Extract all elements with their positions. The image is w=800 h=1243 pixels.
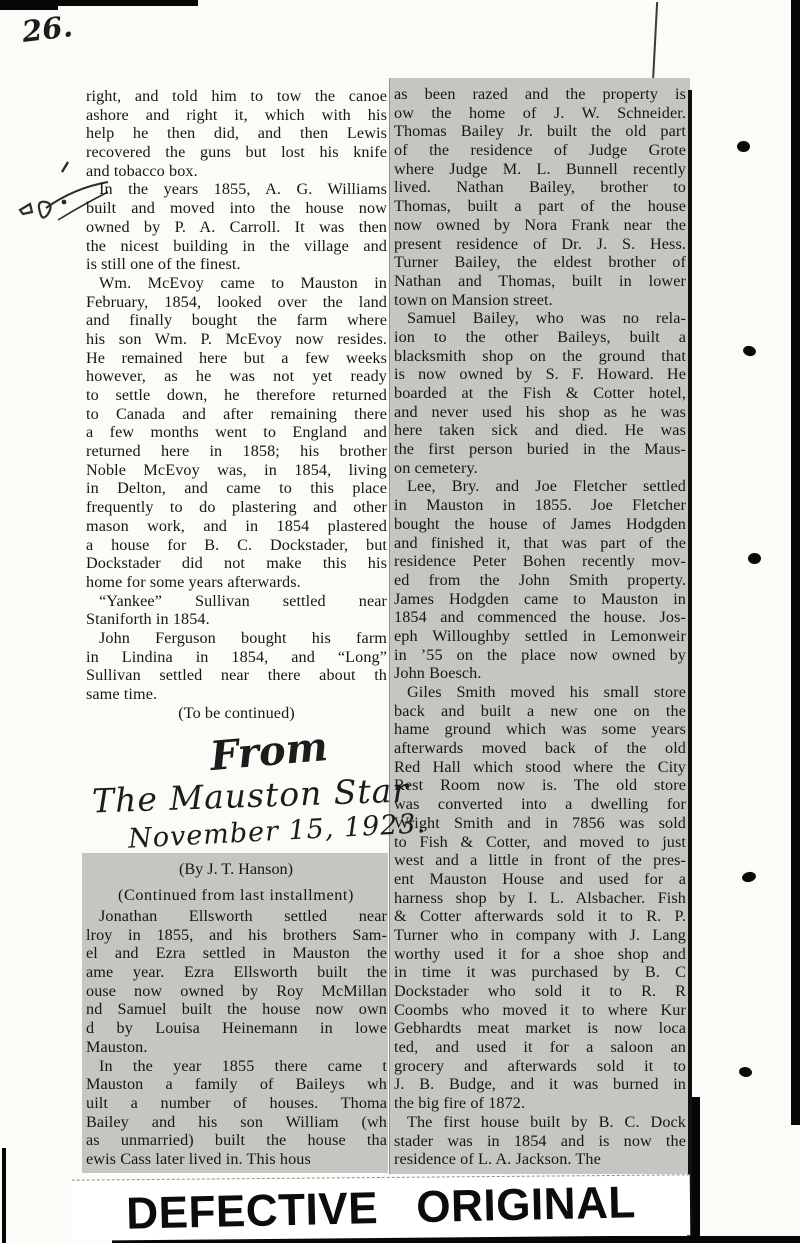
article-line: was converted into a dwelling for [394,795,686,814]
article-line: harness shop by I. L. Alsbacher. Fish [394,889,686,908]
article-line: Giles Smith moved his small store [394,683,686,702]
article-line: his son Wm. P. McEvoy now resides. [86,330,387,349]
handwritten-from: From [208,723,329,780]
article-line: nd Samuel built the house now own [86,1000,387,1019]
article-line: and finally bought the farm where [86,311,387,330]
article-line: ashore and right it, which with his [86,106,387,125]
article-line: Red Hall which stood where the City [394,758,686,777]
article-line: built and moved into the house now [86,199,387,218]
article-line: Gebhardts meat market is now loca [394,1019,686,1038]
article-line: present residence of Dr. J. S. Hess. [394,235,686,254]
article-line: Turner Bailey, the eldest brother of [394,253,686,272]
para-giles-smith: Giles Smith moved his small storeback an… [394,683,686,1113]
article-line: owned by P. A. Carroll. It was then [86,218,387,237]
article-line: and finished it, that was part of the [394,534,686,553]
para-baileys: In the year 1855 there came tMauston a f… [86,1057,387,1169]
article-line: in Lindina in 1854, and “Long” [86,648,387,667]
clipping-right-edge-line [688,90,692,1236]
article-left-column-bottom: Jonathan Ellsworth settled nearlroy in 1… [86,907,387,1169]
article-line: February, 1854, looked over the land [86,293,387,312]
article-line: John Boesch. [394,664,686,683]
article-line: worthy used it for a shoe shop and [394,945,686,964]
article-line: returned here in 1858; his brother [86,442,387,461]
para-samuel-bailey: Samuel Bailey, who was no rela-ion to th… [394,309,686,477]
article-line: a house for B. C. Dockstader, but [86,536,387,555]
article-line: Rest Room now is. The old store [394,776,686,795]
article-line: ent Mauston House and used for a [394,870,686,889]
article-line: John Ferguson bought his farm [86,629,387,648]
article-line: boarded at the Fish & Cotter hotel, [394,384,686,403]
article-line: The first house built by B. C. Dock [394,1113,686,1132]
article-line: stader was in 1854 and is now the [394,1132,686,1151]
article-line: and never used his shop as he was [394,403,686,422]
article-line: home for some years afterwards. [86,573,387,592]
article-line: to Canada and after remaining there [86,405,387,424]
article-line: west and a little in front of the pres- [394,851,686,870]
article-line: recovered the guns but lost his knife [86,143,387,162]
scan-right-edge-bar [791,0,800,1125]
article-line: (To be continued) [86,704,387,723]
article-line: lroy in 1855, and his brothers Sam- [86,926,387,945]
article-line: to Fish & Cotter, and moved to just [394,833,686,852]
para-canoe: right, and told him to tow the canoeasho… [86,87,387,180]
article-line: ewis Cass later lived in. This hous [86,1150,387,1169]
article-line: the big fire of 1872. [394,1094,686,1113]
article-line: Thomas, built a part of the house [394,197,686,216]
article-line: Wright Smith and in 7856 was sold [394,814,686,833]
article-line: blacksmith shop on the ground that [394,347,686,366]
article-line: afterwards moved back of the old [394,739,686,758]
article-line: uilt a number of houses. Thoma [86,1094,387,1113]
article-line: the first person buried in the Maus- [394,440,686,459]
handwritten-page-number: 26. [20,9,74,49]
article-line: and tobacco box. [86,162,387,181]
article-line: here taken sick and died. He was [394,421,686,440]
article-line: Dockstader who sold it to R. R [394,982,686,1001]
para-ellsworth: Jonathan Ellsworth settled nearlroy in 1… [86,907,387,1057]
article-line: d by Louisa Heinemann in lowe [86,1019,387,1038]
article-line: as unmarried) built the house tha [86,1131,387,1150]
article-line: back and built a new one on the [394,702,686,721]
stamp-text: DEFECTIVE ORIGINAL [126,1176,637,1240]
article-line: same time. [86,685,387,704]
to-be-continued: (To be continued) [86,704,387,723]
article-line: bought the house of James Hodgden [394,515,686,534]
article-line: Coombs who moved it to where Kur [394,1001,686,1020]
article-line: Thomas Bailey Jr. built the old part [394,122,686,141]
article-line: Staniforth in 1854. [86,610,387,629]
article-line: grocery and afterwards sold it to [394,1057,686,1076]
ink-blot [748,553,761,564]
article-line: however, as he was not yet ready [86,367,387,386]
article-line: hame ground which was some years [394,720,686,739]
ink-blot [737,141,750,152]
article-line: Turner who in company with J. Lang [394,926,686,945]
article-line: 1854 and commenced the house. Jos- [394,608,686,627]
article-line: in Delton, and came to this place [86,479,387,498]
article-line: lived. Nathan Bailey, brother to [394,178,686,197]
article-line: ouse now owned by Roy McMillan [86,982,387,1001]
para-first-house: The first house built by B. C. Dockstade… [394,1113,686,1169]
ink-blot [738,1066,753,1078]
article-line: help he then did, and then Lewis [86,124,387,143]
article-line: Mauston. [86,1038,387,1057]
article-line: Nathan and Thomas, built in lower [394,272,686,291]
article-line: on cemetery. [394,459,686,478]
article-line: Lee, Bry. and Joe Fletcher settled [394,477,686,496]
article-line: the nicest building in the village and [86,237,387,256]
article-line: in Mauston in 1855. Joe Fletcher [394,496,686,515]
article-line: now owned by Nora Frank near the [394,216,686,235]
ink-blot [742,344,757,357]
article-byline: (By J. T. Hanson) [86,860,386,879]
scan-bottom-left-line [2,1148,6,1243]
article-line: frequently to do plastering and other [86,498,387,517]
article-line: in time it was purchased by B. C [394,963,686,982]
column-divider-rule [389,78,390,1174]
para-razed: as been razed and the property isow the … [394,85,686,309]
article-line: town on Mansion street. [394,291,686,310]
article-line: mason work, and in 1854 plastered [86,517,387,536]
article-left-column-top: right, and told him to tow the canoeasho… [86,87,387,722]
article-line: is still one of the finest. [86,255,387,274]
article-line: to settle down, he therefore returned [86,386,387,405]
scan-top-left-bar [0,0,58,10]
article-line: eph Willoughby settled in Lemonweir [394,627,686,646]
para-ferguson: John Ferguson bought his farmin Lindina … [86,629,387,704]
article-line: ted, and used it for a saloon an [394,1038,686,1057]
article-line: In the year 1855 there came t [86,1057,387,1076]
article-line: In the years 1855, A. G. Williams [86,180,387,199]
article-line: J. B. Budge, and it was burned in [394,1075,686,1094]
article-line: as been razed and the property is [394,85,686,104]
article-line: in ’55 on the place now owned by [394,646,686,665]
article-line: el and Ezra settled in Mauston the [86,944,387,963]
article-line: residence of L. A. Jackson. The [394,1150,686,1169]
article-line: Mauston a family of Baileys wh [86,1075,387,1094]
article-line: Dockstader did not make this his [86,554,387,573]
article-line: a few months went to England and [86,423,387,442]
article-line: Bailey and his son William (wh [86,1113,387,1132]
article-line: of the residence of Judge Grote [394,141,686,160]
article-line: Samuel Bailey, who was no rela- [394,309,686,328]
article-line: Sullivan settled near there about th [86,666,387,685]
ink-blot [741,871,757,884]
article-line: right, and told him to tow the canoe [86,87,387,106]
article-line: He remained here but a few weeks [86,349,387,368]
article-line: where Judge M. L. Bunnell recently [394,160,686,179]
article-right-column: as been razed and the property isow the … [394,85,686,1169]
article-line: James Hodgden came to Mauston in [394,590,686,609]
para-williams: In the years 1855, A. G. Williamsbuilt a… [86,180,387,273]
pen-stroke-top-right [652,2,658,84]
article-line: ion to the other Baileys, built a [394,328,686,347]
article-line: “Yankee” Sullivan settled near [86,592,387,611]
article-line: & Cotter afterwards sold it to R. P. [394,907,686,926]
article-line: Jonathan Ellsworth settled near [86,907,387,926]
article-line: residence Peter Bohen recently mov- [394,552,686,571]
article-line: ame year. Ezra Ellsworth built the [86,963,387,982]
article-line: Noble McEvoy was, in 1854, living [86,461,387,480]
article-line: Wm. McEvoy came to Mauston in [86,274,387,293]
article-line: ow the home of J. W. Schneider. [394,104,686,123]
para-yankee: “Yankee” Sullivan settled nearStaniforth… [86,592,387,629]
article-continuation-note: (Continued from last installment) [86,886,386,905]
para-mcevoy: Wm. McEvoy came to Mauston inFebruary, 1… [86,274,387,592]
defective-original-stamp: DEFECTIVE ORIGINAL [72,1174,691,1240]
article-line: is now owned by S. F. Howard. He [394,365,686,384]
article-line: ed from the John Smith property. [394,571,686,590]
para-fletcher: Lee, Bry. and Joe Fletcher settledin Mau… [394,477,686,683]
